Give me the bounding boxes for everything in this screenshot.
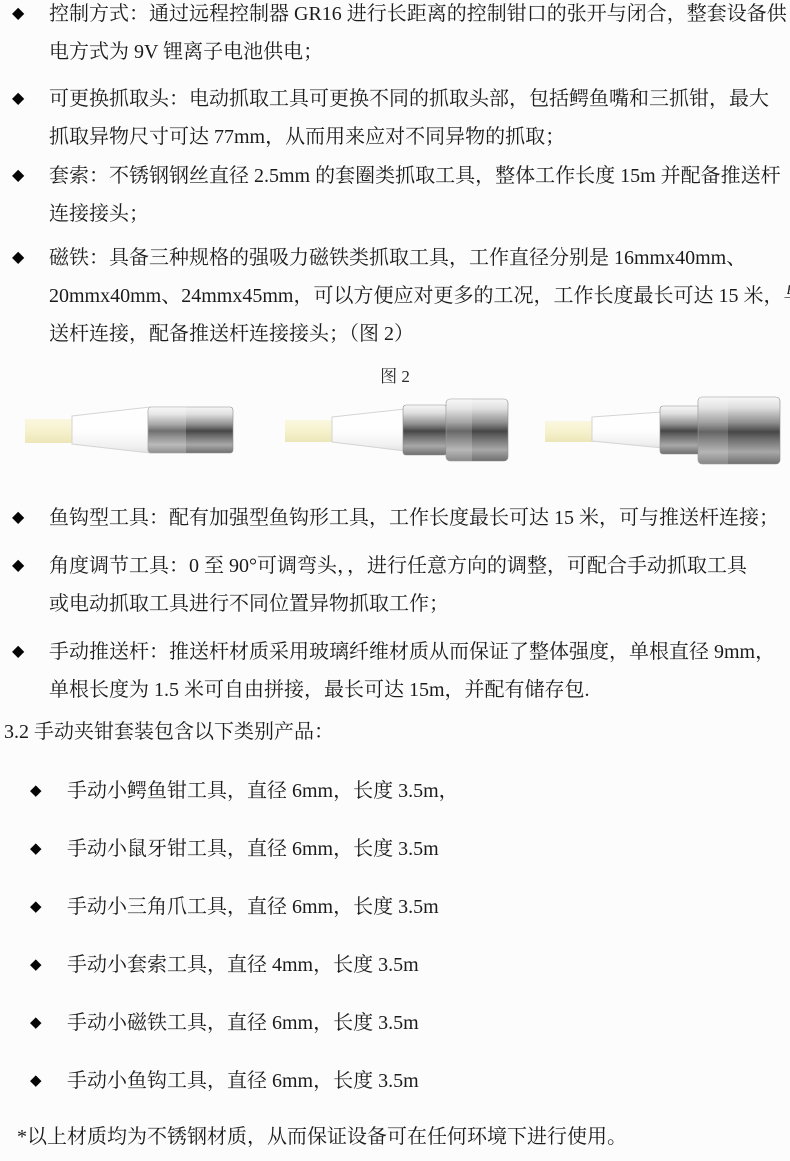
diamond-bullet-icon: ◆ [12,633,49,671]
bullet-item-magnet: ◆ 磁铁：具备三种规格的强吸力磁铁类抓取工具，工作直径分别是 16mmx40mm… [12,239,790,353]
bullet-text: 磁铁：具备三种规格的强吸力磁铁类抓取工具，工作直径分别是 16mmx40mm、 … [49,239,790,353]
bullet-text: 角度调节工具：0 至 90°可调弯头，，进行任意方向的调整，可配合手动抓取工具 … [49,547,747,623]
bullet-item-lasso: ◆ 套索：不锈钢钢丝直径 2.5mm 的套圈类抓取工具，整体工作长度 15m 并… [12,157,781,233]
diamond-bullet-icon: ◆ [30,1004,67,1042]
document-page: ◆ 控制方式：通过远程控制器 GR16 进行长距离的控制钳口的张开与闭合，整套设… [0,0,790,1161]
sub-bullet-small-fishhook: ◆ 手动小鱼钩工具，直径 6mm，长度 3.5m [30,1062,419,1100]
magnet-tip-large-icon [545,397,780,464]
figure-caption: 图 2 [0,366,790,388]
magnet-tip-small-icon [25,407,233,453]
diamond-bullet-icon: ◆ [30,888,67,926]
bullet-item-angle-adjuster: ◆ 角度调节工具：0 至 90°可调弯头，，进行任意方向的调整，可配合手动抓取工… [12,547,747,623]
diamond-bullet-icon: ◆ [12,157,49,195]
sub-bullet-small-magnet: ◆ 手动小磁铁工具，直径 6mm，长度 3.5m [30,1004,419,1042]
diamond-bullet-icon: ◆ [12,0,49,33]
sub-bullet-text: 手动小磁铁工具，直径 6mm，长度 3.5m [67,1004,419,1042]
bullet-text: 鱼钩型工具：配有加强型鱼钩形工具，工作长度最长可达 15 米，可与推送杆连接； [49,499,779,537]
bullet-text: 套索：不锈钢钢丝直径 2.5mm 的套圈类抓取工具，整体工作长度 15m 并配备… [49,157,781,233]
figure-magnet-tools [0,390,790,485]
diamond-bullet-icon: ◆ [30,772,67,810]
magnet-tools-illustration [0,390,790,485]
sub-bullet-text: 手动小三角爪工具，直径 6mm，长度 3.5m [67,888,439,926]
sub-bullet-triangle-claw: ◆ 手动小三角爪工具，直径 6mm，长度 3.5m [30,888,439,926]
sub-bullet-text: 手动小套索工具，直径 4mm，长度 3.5m [67,946,419,984]
sub-bullet-rat-tooth-clamp: ◆ 手动小鼠牙钳工具，直径 6mm，长度 3.5m [30,830,439,868]
section-heading: 3.2 手动夹钳套装包含以下类别产品： [4,713,334,751]
bullet-item-replaceable-heads: ◆ 可更换抓取头：电动抓取工具可更换不同的抓取头部，包括鳄鱼嘴和三抓钳，最大 抓… [12,80,769,156]
bullet-item-control-mode: ◆ 控制方式：通过远程控制器 GR16 进行长距离的控制钳口的张开与闭合，整套设… [12,0,787,71]
magnet-tip-medium-icon [285,399,508,461]
bullet-item-fishhook-tool: ◆ 鱼钩型工具：配有加强型鱼钩形工具，工作长度最长可达 15 米，可与推送杆连接… [12,499,779,537]
bullet-text: 手动推送杆：推送杆材质采用玻璃纤维材质从而保证了整体强度，单根直径 9mm， 单… [49,633,775,709]
diamond-bullet-icon: ◆ [12,499,49,537]
sub-bullet-alligator-clamp: ◆ 手动小鳄鱼钳工具，直径 6mm，长度 3.5m， [30,772,459,810]
diamond-bullet-icon: ◆ [12,239,49,277]
bullet-item-manual-push-rod: ◆ 手动推送杆：推送杆材质采用玻璃纤维材质从而保证了整体强度，单根直径 9mm，… [12,633,775,709]
sub-bullet-small-lasso: ◆ 手动小套索工具，直径 4mm，长度 3.5m [30,946,419,984]
diamond-bullet-icon: ◆ [30,830,67,868]
diamond-bullet-icon: ◆ [30,946,67,984]
diamond-bullet-icon: ◆ [30,1062,67,1100]
diamond-bullet-icon: ◆ [12,547,49,585]
sub-bullet-text: 手动小鳄鱼钳工具，直径 6mm，长度 3.5m， [67,772,459,810]
material-footnote: *以上材质均为不锈钢材质，从而保证设备可在任何环境下进行使用。 [17,1118,627,1156]
sub-bullet-text: 手动小鱼钩工具，直径 6mm，长度 3.5m [67,1062,419,1100]
diamond-bullet-icon: ◆ [12,80,49,118]
bullet-text: 可更换抓取头：电动抓取工具可更换不同的抓取头部，包括鳄鱼嘴和三抓钳，最大 抓取异… [49,80,769,156]
sub-bullet-text: 手动小鼠牙钳工具，直径 6mm，长度 3.5m [67,830,439,868]
bullet-text: 控制方式：通过远程控制器 GR16 进行长距离的控制钳口的张开与闭合，整套设备供… [49,0,787,71]
